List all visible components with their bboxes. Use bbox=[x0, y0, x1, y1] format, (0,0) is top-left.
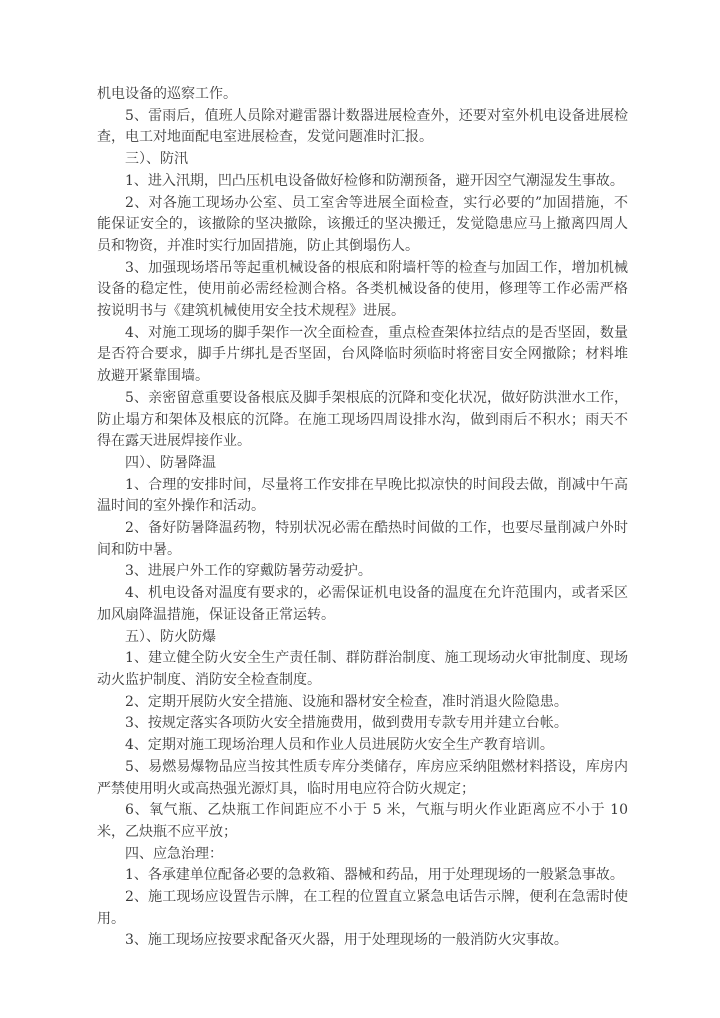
document-page: 机电设备的巡察工作。5、雷雨后，值班人员除对避雷器计数器进展检查外，还要对室外机… bbox=[0, 0, 720, 1018]
paragraph: 四）、防暑降温 bbox=[97, 453, 628, 475]
document-text-block: 机电设备的巡察工作。5、雷雨后，值班人员除对避雷器计数器进展检查外，还要对室外机… bbox=[97, 84, 628, 952]
paragraph: 6、氧气瓶、乙炔瓶工作间距应不小于 5 米，气瓶与明火作业距离应不小于 10 米… bbox=[97, 800, 628, 843]
paragraph: 1、各承建单位配备必要的急救箱、器械和药品，用于处理现场的一般紧急事故。 bbox=[97, 865, 628, 887]
paragraph: 5、易燃易爆物品应当按其性质专库分类储存，库房应采纳阻燃材料搭设，库房内严禁使用… bbox=[97, 757, 628, 800]
paragraph: 5、亲密留意重要设备根底及脚手架根底的沉降和变化状况，做好防洪泄水工作，防止塌方… bbox=[97, 388, 628, 453]
paragraph: 3、加强现场塔吊等起重机械设备的根底和附墙杆等的检查与加固工作，增加机械设备的稳… bbox=[97, 258, 628, 323]
paragraph: 四、应急治理： bbox=[97, 844, 628, 866]
paragraph: 4、定期对施工现场治理人员和作业人员进展防火安全生产教育培训。 bbox=[97, 735, 628, 757]
paragraph: 机电设备的巡察工作。 bbox=[97, 84, 628, 106]
paragraph: 2、备好防暑降温药物，特别状况必需在酷热时间做的工作，也要尽量削减户外时间和防中… bbox=[97, 518, 628, 561]
paragraph: 1、建立健全防火安全生产责任制、群防群治制度、施工现场动火审批制度、现场动火监护… bbox=[97, 648, 628, 691]
paragraph: 2、对各施工现场办公室、员工室舍等进展全面检查，实行必要的”加固措施，不能保证安… bbox=[97, 193, 628, 258]
paragraph: 3、按规定落实各项防火安全措施费用，做到费用专款专用并建立台帐。 bbox=[97, 713, 628, 735]
paragraph: 2、施工现场应设置告示牌，在工程的位置直立紧急电话告示牌，便利在急需时使用。 bbox=[97, 887, 628, 930]
paragraph: 3、进展户外工作的穿戴防暑劳动爱护。 bbox=[97, 561, 628, 583]
paragraph: 三）、防汛 bbox=[97, 149, 628, 171]
paragraph: 5、雷雨后，值班人员除对避雷器计数器进展检查外，还要对室外机电设备进展检查，电工… bbox=[97, 106, 628, 149]
paragraph: 4、机电设备对温度有要求的，必需保证机电设备的温度在允许范围内，或者采区加风扇降… bbox=[97, 583, 628, 626]
paragraph: 3、施工现场应按要求配备灭火器，用于处理现场的一般消防火灾事故。 bbox=[97, 930, 628, 952]
paragraph: 1、进入汛期，凹凸压机电设备做好检修和防潮预备，避开因空气潮湿发生事故。 bbox=[97, 171, 628, 193]
paragraph: 五）、防火防爆 bbox=[97, 627, 628, 649]
paragraph: 1、合理的安排时间，尽量将工作安排在早晚比拟凉快的时间段去做，削减中午高温时间的… bbox=[97, 475, 628, 518]
paragraph: 2、定期开展防火安全措施、设施和器材安全检查，准时消退火险隐患。 bbox=[97, 692, 628, 714]
paragraph: 4、对施工现场的脚手架作一次全面检查，重点检查架体拉结点的是否坚固，数量是否符合… bbox=[97, 323, 628, 388]
